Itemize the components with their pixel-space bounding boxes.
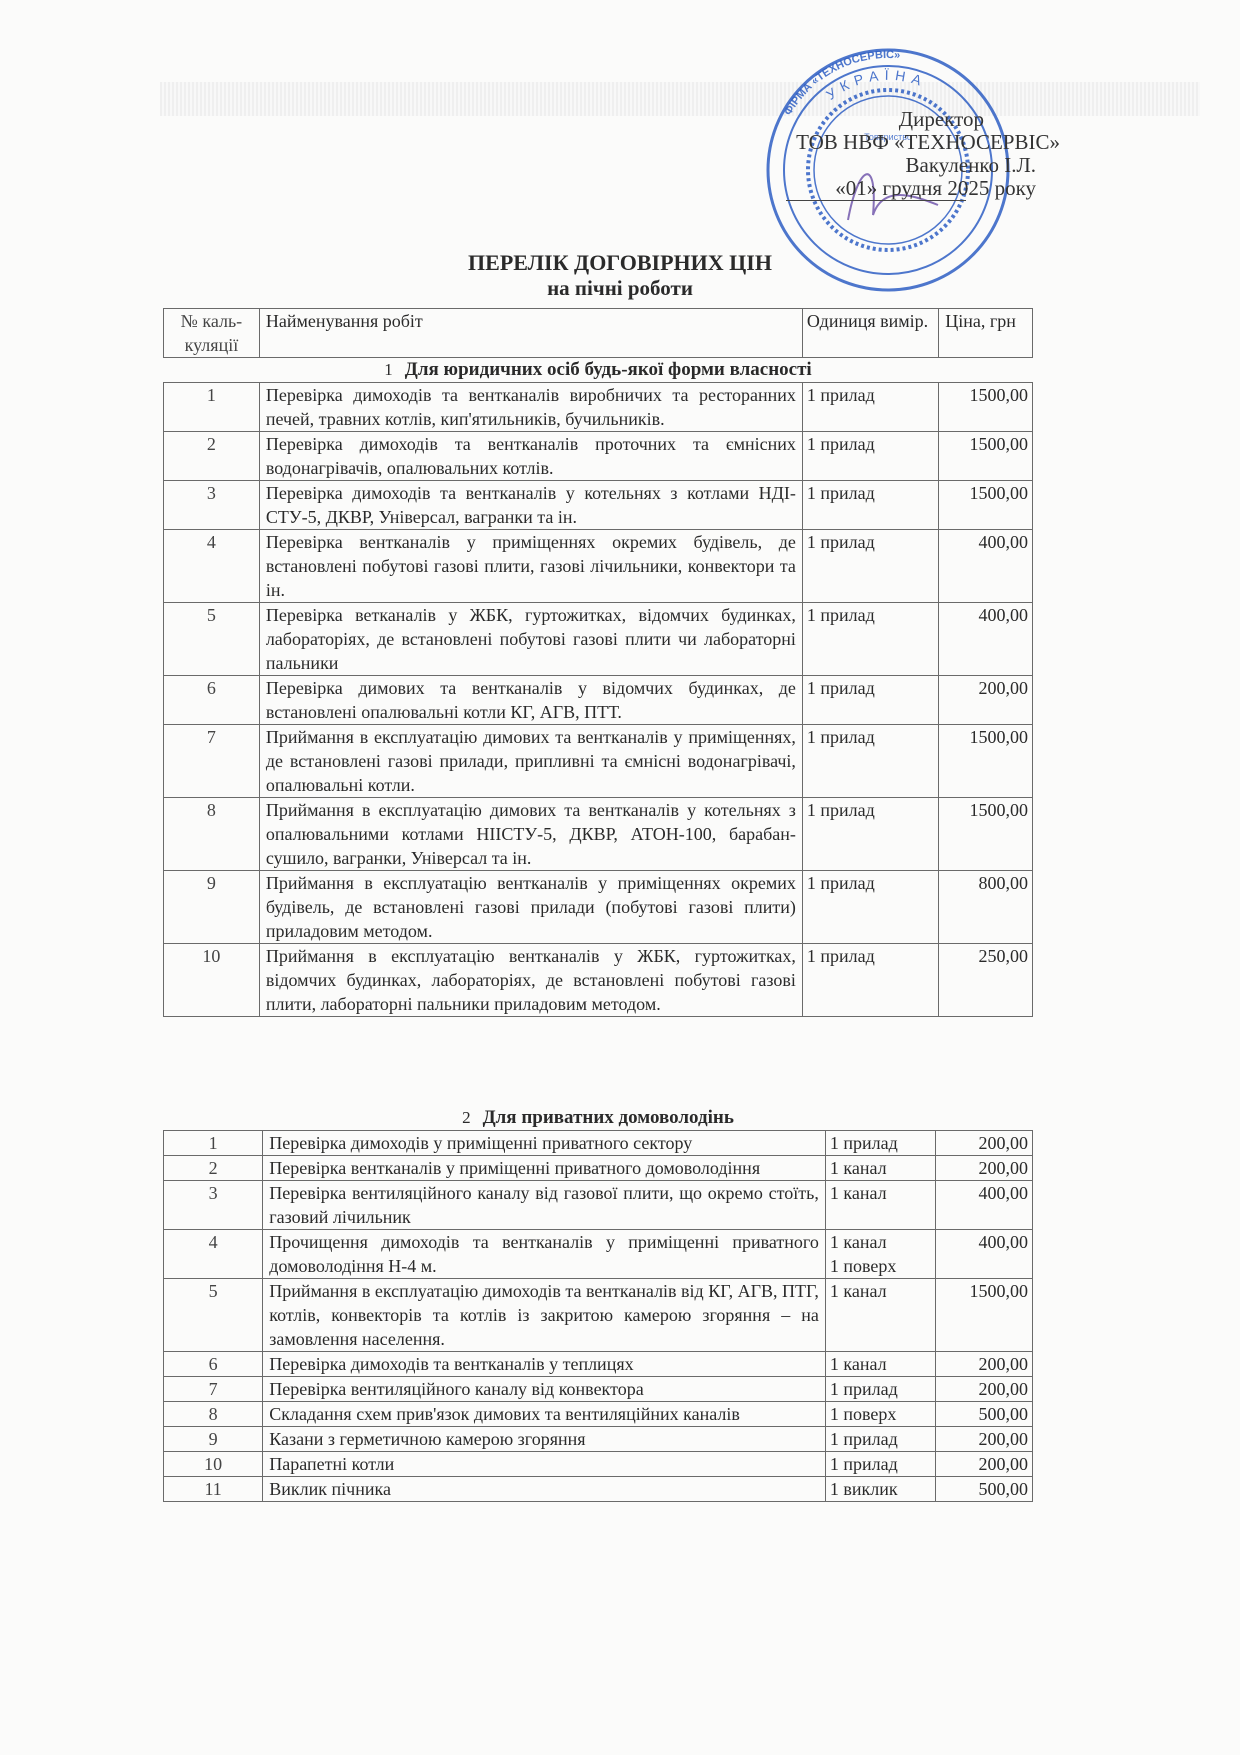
row-number: 1 <box>164 383 260 432</box>
table-row: 11Виклик пічника1 виклик500,00 <box>164 1477 1033 1502</box>
row-price: 200,00 <box>935 1377 1032 1402</box>
row-price: 200,00 <box>935 1131 1032 1156</box>
table-row: 1Перевірка димоходів у приміщенні приват… <box>164 1131 1033 1156</box>
row-unit: 1 прилад <box>802 798 938 871</box>
row-number: 6 <box>164 676 260 725</box>
row-unit: 1 прилад <box>802 944 938 1017</box>
row-price: 1500,00 <box>939 432 1033 481</box>
row-unit: 1 канал <box>825 1181 935 1230</box>
row-number: 8 <box>164 1402 263 1427</box>
row-price: 200,00 <box>935 1156 1032 1181</box>
table-header-row: № каль-куляції Найменування робіт Одиниц… <box>164 309 1033 358</box>
row-work-name: Складання схем прив'язок димових та вент… <box>263 1402 826 1427</box>
row-work-name: Перевірка вентканалів у приміщеннях окре… <box>259 530 802 603</box>
row-price: 400,00 <box>939 530 1033 603</box>
row-work-name: Парапетні котли <box>263 1452 826 1477</box>
table-row: 8Приймання в експлуатацію димових та вен… <box>164 798 1033 871</box>
approval-block: Директор ТОВ НВФ «ТЕХНОСЕРВІС» Вакуленко… <box>720 108 1060 200</box>
row-work-name: Перевірка вентиляційного каналу від конв… <box>263 1377 826 1402</box>
row-work-name: Перевірка димових та вентканалів у відом… <box>259 676 802 725</box>
row-price: 400,00 <box>939 603 1033 676</box>
row-number: 4 <box>164 1230 263 1279</box>
section-legal-rows: 1Перевірка димоходів та вентканалів виро… <box>164 383 1033 1017</box>
row-price: 200,00 <box>939 676 1033 725</box>
row-work-name: Перевірка димоходів та вентканалів вироб… <box>259 383 802 432</box>
row-number: 4 <box>164 530 260 603</box>
row-price: 1500,00 <box>939 725 1033 798</box>
row-work-name: Приймання в експлуатацію димових та вент… <box>259 798 802 871</box>
row-work-name: Перевірка димоходів та вентканалів у теп… <box>263 1352 826 1377</box>
row-number: 5 <box>164 1279 263 1352</box>
row-unit: 1 канал <box>825 1156 935 1181</box>
row-number: 9 <box>164 1427 263 1452</box>
table-row: 10Приймання в експлуатацію вентканалів у… <box>164 944 1033 1017</box>
row-price: 1500,00 <box>939 481 1033 530</box>
approval-date: «01» грудня 2025 року <box>720 177 1060 200</box>
table-row: 3Перевірка вентиляційного каналу від газ… <box>164 1181 1033 1230</box>
price-table-legal: № каль-куляції Найменування робіт Одиниц… <box>163 308 1033 1017</box>
table-row: 7Перевірка вентиляційного каналу від кон… <box>164 1377 1033 1402</box>
row-number: 5 <box>164 603 260 676</box>
row-number: 1 <box>164 1131 263 1156</box>
table-row: 10Парапетні котли1 прилад200,00 <box>164 1452 1033 1477</box>
header-name: Найменування робіт <box>259 309 802 358</box>
table-row: 6Перевірка димоходів та вентканалів у те… <box>164 1352 1033 1377</box>
table-row: 5Приймання в експлуатацію димоходів та в… <box>164 1279 1033 1352</box>
document-title: ПЕРЕЛІК ДОГОВІРНИХ ЦІН на пічні роботи <box>0 250 1240 300</box>
row-work-name: Перевірка ветканалів у ЖБК, гуртожитках,… <box>259 603 802 676</box>
row-number: 7 <box>164 725 260 798</box>
row-work-name: Приймання в експлуатацію вентканалів у Ж… <box>259 944 802 1017</box>
row-price: 250,00 <box>939 944 1033 1017</box>
table-row: 2Перевірка димоходів та вентканалів прот… <box>164 432 1033 481</box>
approval-position: Директор <box>720 108 1060 131</box>
row-unit: 1 канал <box>825 1279 935 1352</box>
row-unit: 1 прилад <box>802 530 938 603</box>
row-price: 800,00 <box>939 871 1033 944</box>
row-number: 6 <box>164 1352 263 1377</box>
row-number: 2 <box>164 1156 263 1181</box>
row-unit: 1 канал <box>825 1352 935 1377</box>
table-row: 1Перевірка димоходів та вентканалів виро… <box>164 383 1033 432</box>
row-work-name: Приймання в експлуатацію вентканалів у п… <box>259 871 802 944</box>
row-price: 200,00 <box>935 1452 1032 1477</box>
header-unit: Одиниця вимір. <box>802 309 938 358</box>
row-work-name: Перевірка вентканалів у приміщенні прива… <box>263 1156 826 1181</box>
row-price: 500,00 <box>935 1402 1032 1427</box>
row-work-name: Перевірка димоходів та вентканалів у кот… <box>259 481 802 530</box>
row-unit: 1 прилад <box>825 1131 935 1156</box>
section-title: Для юридичних осіб будь-якої форми власн… <box>405 359 812 380</box>
table-row: 7Приймання в експлуатацію димових та вен… <box>164 725 1033 798</box>
row-unit: 1 прилад <box>802 676 938 725</box>
row-unit: 1 прилад <box>802 383 938 432</box>
row-number: 10 <box>164 944 260 1017</box>
row-number: 8 <box>164 798 260 871</box>
row-number: 3 <box>164 481 260 530</box>
row-price: 1500,00 <box>939 383 1033 432</box>
section-private-rows: 1Перевірка димоходів у приміщенні приват… <box>164 1131 1033 1502</box>
row-number: 10 <box>164 1452 263 1477</box>
row-number: 2 <box>164 432 260 481</box>
row-price: 400,00 <box>935 1230 1032 1279</box>
table-row: 4Прочищення димоходів та вентканалів у п… <box>164 1230 1033 1279</box>
row-price: 400,00 <box>935 1181 1032 1230</box>
row-price: 500,00 <box>935 1477 1032 1502</box>
row-unit: 1 виклик <box>825 1477 935 1502</box>
row-unit: 1 прилад <box>825 1377 935 1402</box>
table-row: 2Перевірка вентканалів у приміщенні прив… <box>164 1156 1033 1181</box>
row-work-name: Виклик пічника <box>263 1477 826 1502</box>
row-price: 1500,00 <box>939 798 1033 871</box>
approval-organization: ТОВ НВФ «ТЕХНОСЕРВІС» <box>720 131 1060 154</box>
section-heading-legal: 1Для юридичних осіб будь-якої форми влас… <box>164 358 1033 383</box>
row-unit: 1 прилад <box>802 725 938 798</box>
table-row: 9Приймання в експлуатацію вентканалів у … <box>164 871 1033 944</box>
row-work-name: Приймання в експлуатацію димоходів та ве… <box>263 1279 826 1352</box>
table-row: 5Перевірка ветканалів у ЖБК, гуртожитках… <box>164 603 1033 676</box>
table-row: 4Перевірка вентканалів у приміщеннях окр… <box>164 530 1033 603</box>
table-row: 9Казани з герметичною камерою згоряння1 … <box>164 1427 1033 1452</box>
title-main: ПЕРЕЛІК ДОГОВІРНИХ ЦІН <box>0 250 1240 276</box>
row-number: 3 <box>164 1181 263 1230</box>
row-unit: 1 поверх <box>825 1402 935 1427</box>
row-price: 200,00 <box>935 1427 1032 1452</box>
header-price: Ціна, грн <box>939 309 1033 358</box>
section-heading-private: 2Для приватних домоволодінь <box>164 1106 1033 1131</box>
row-number: 11 <box>164 1477 263 1502</box>
section-title: Для приватних домоволодінь <box>483 1107 734 1128</box>
row-unit: 1 прилад <box>802 603 938 676</box>
row-unit: 1 прилад <box>802 871 938 944</box>
row-work-name: Прочищення димоходів та вентканалів у пр… <box>263 1230 826 1279</box>
row-work-name: Приймання в експлуатацію димових та вент… <box>259 725 802 798</box>
header-number: № каль-куляції <box>164 309 260 358</box>
table-row: 6Перевірка димових та вентканалів у відо… <box>164 676 1033 725</box>
signature-line <box>786 200 966 201</box>
price-table-private: 2Для приватних домоволодінь 1Перевірка д… <box>163 1106 1033 1502</box>
row-unit: 1 прилад <box>802 481 938 530</box>
row-price: 1500,00 <box>935 1279 1032 1352</box>
row-unit: 1 прилад <box>802 432 938 481</box>
row-unit: 1 прилад <box>825 1452 935 1477</box>
row-work-name: Казани з герметичною камерою згоряння <box>263 1427 826 1452</box>
row-work-name: Перевірка димоходів у приміщенні приватн… <box>263 1131 826 1156</box>
table-row: 3Перевірка димоходів та вентканалів у ко… <box>164 481 1033 530</box>
row-work-name: Перевірка вентиляційного каналу від газо… <box>263 1181 826 1230</box>
row-number: 7 <box>164 1377 263 1402</box>
title-sub: на пічні роботи <box>0 276 1240 300</box>
row-work-name: Перевірка димоходів та вентканалів прото… <box>259 432 802 481</box>
approval-name: Вакуленко І.Л. <box>720 154 1060 177</box>
row-price: 200,00 <box>935 1352 1032 1377</box>
row-unit: 1 канал 1 поверх <box>825 1230 935 1279</box>
row-unit: 1 прилад <box>825 1427 935 1452</box>
row-number: 9 <box>164 871 260 944</box>
table-row: 8Складання схем прив'язок димових та вен… <box>164 1402 1033 1427</box>
